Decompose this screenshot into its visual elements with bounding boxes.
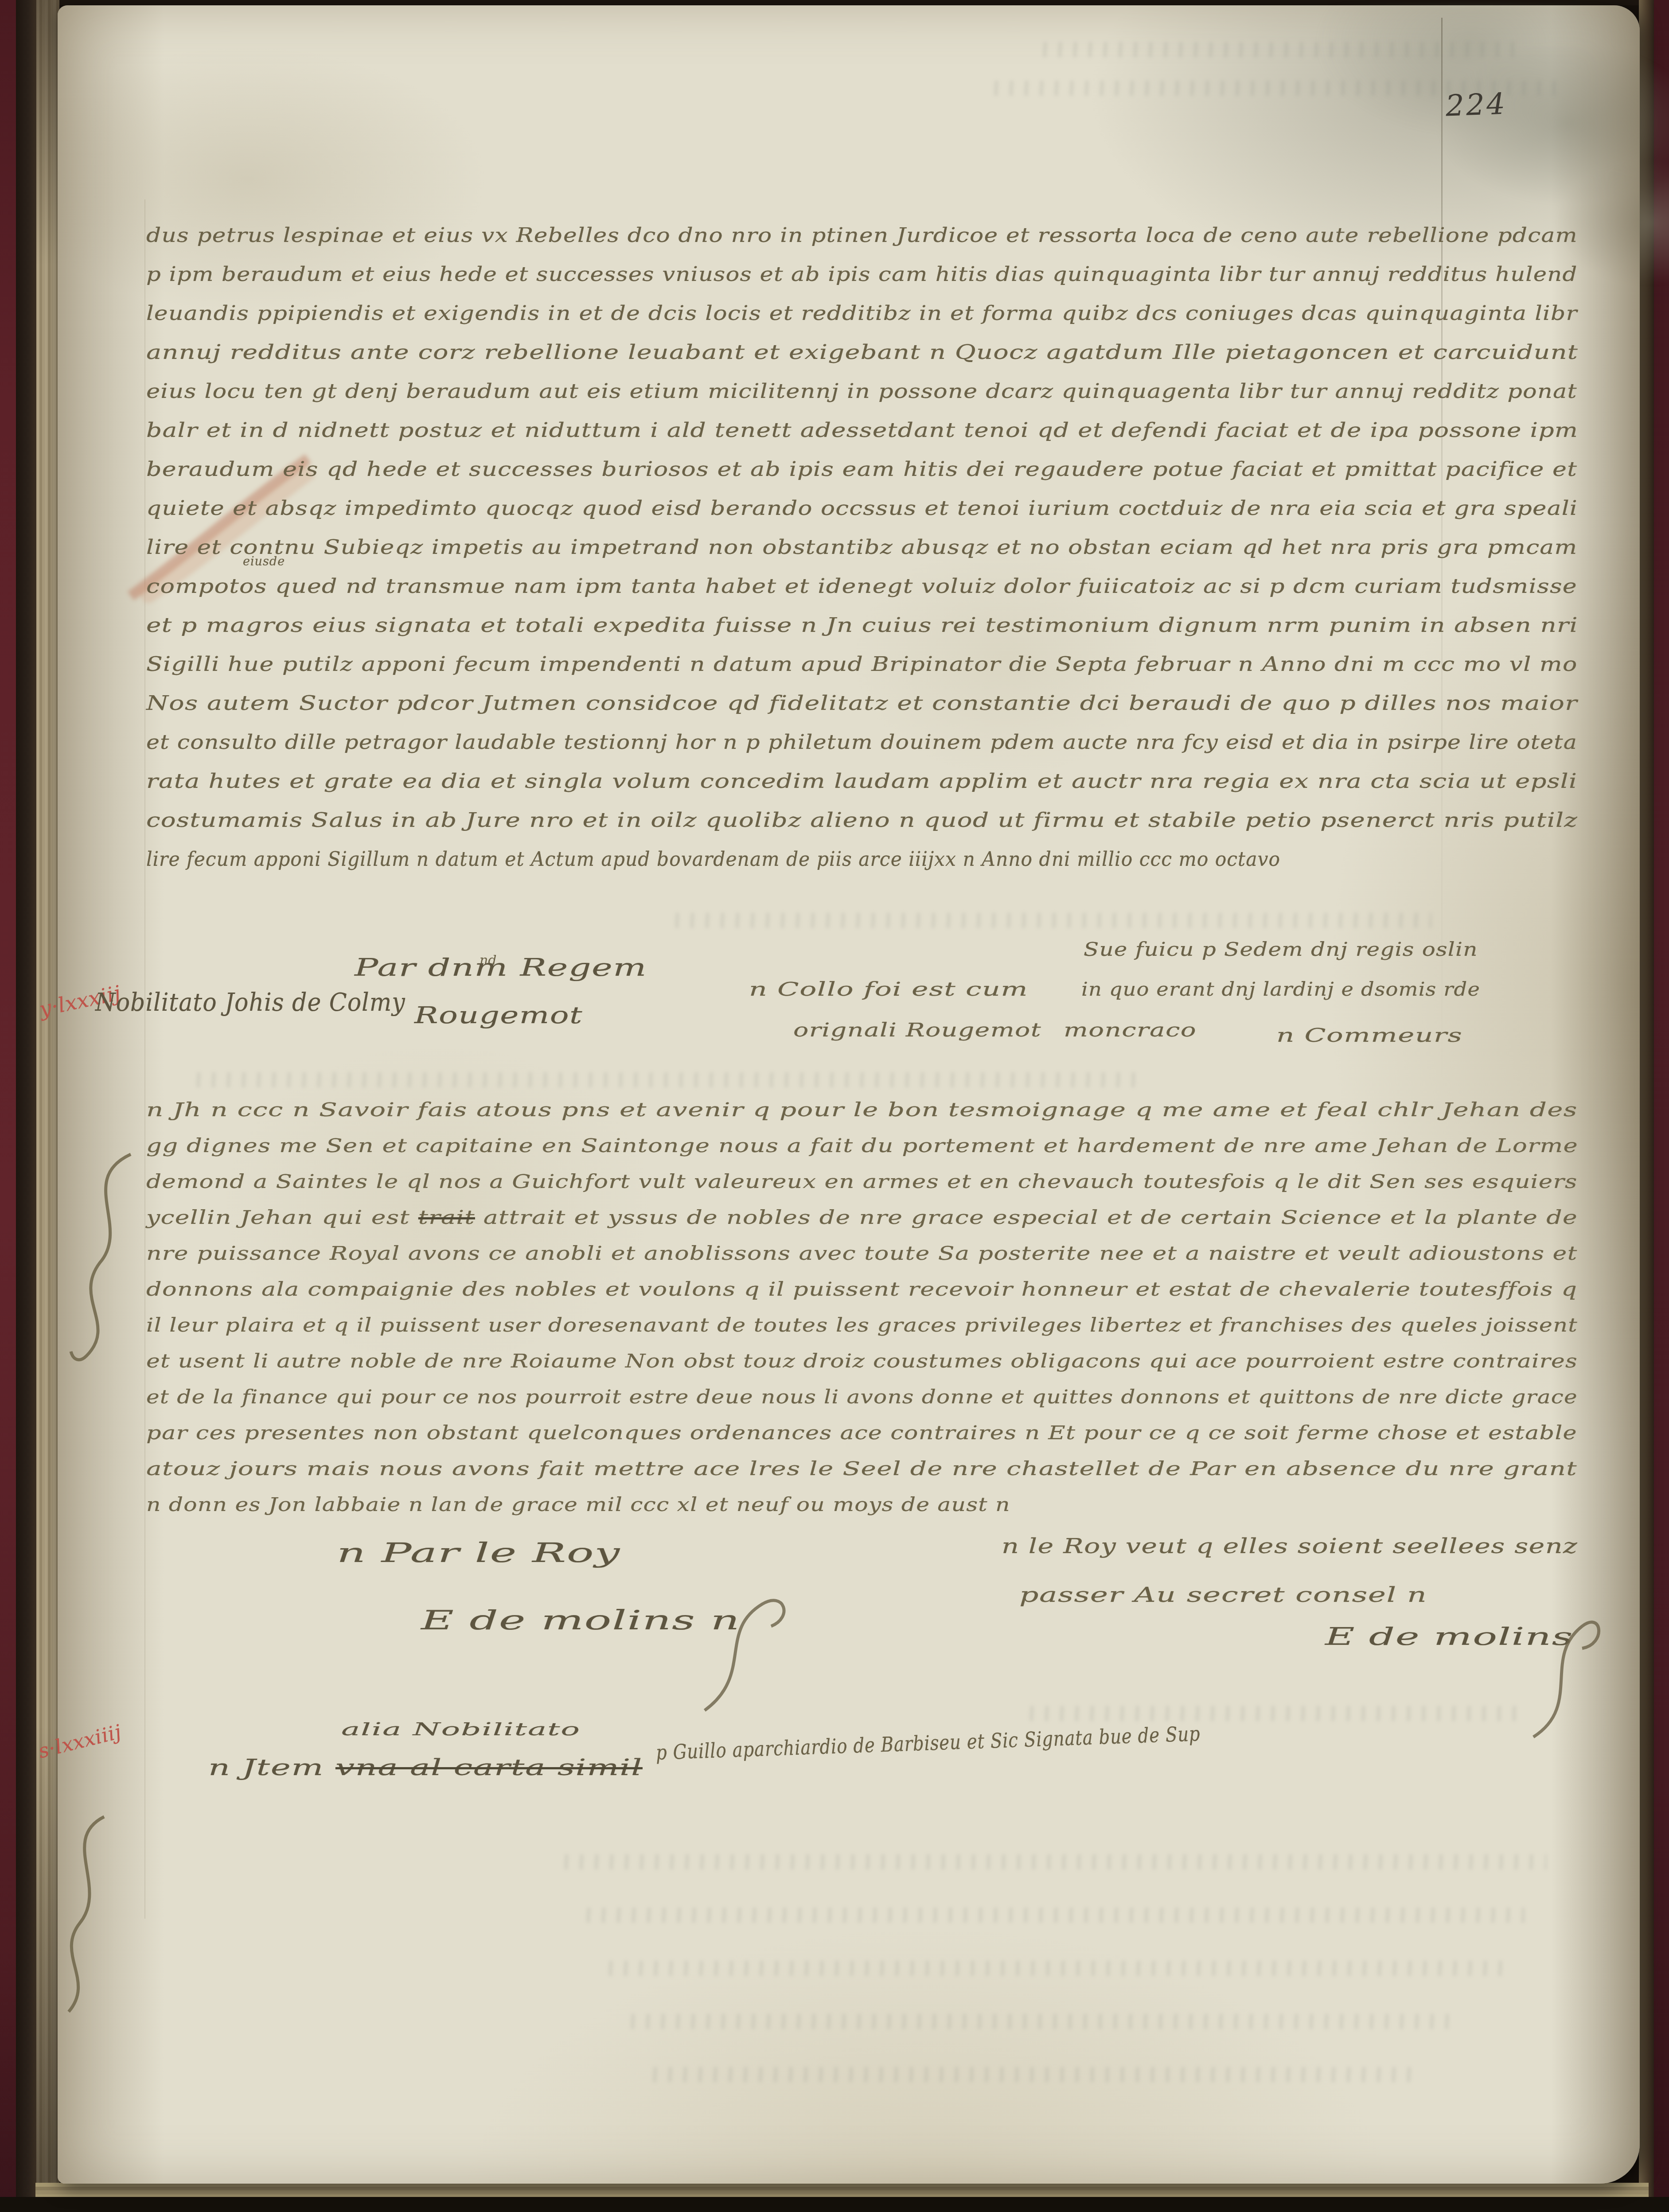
latin-line: et consulto dille petragor laudable test… — [146, 723, 1578, 762]
chancery-formula-right-2: passer Au secret consel n — [1019, 1583, 1427, 1607]
french-line: atouz jours mais nous avons fait mettre … — [146, 1451, 1578, 1487]
show-through — [558, 1854, 1547, 1869]
collation-right-line2: in quo erant dnj lardinj e dsomis rde — [1081, 978, 1480, 1000]
bottom-item-interline: alia Nobilitato — [341, 1719, 581, 1740]
latin-line: beraudum eis qd hede et successes burios… — [146, 450, 1578, 489]
act-heading-title: Nobilitato Johis de Colmy — [95, 988, 406, 1017]
show-through — [669, 913, 1431, 928]
latin-line: quiete et absqz impedimto quocqz quod ei… — [146, 489, 1578, 528]
bottom-item-lead: n Jtem vna al carta simil — [208, 1755, 643, 1780]
french-line: gg dignes me Sen et capitaine en Sainton… — [146, 1128, 1578, 1164]
bottom-shadow — [0, 2197, 1669, 2212]
collation-right-line1: Sue fuicu p Sedem dnj regis oslin — [1084, 939, 1478, 960]
top-shadow-gap — [0, 0, 1669, 5]
paraph-flourish — [60, 1148, 144, 1369]
latin-line: costumamis Salus in ab Jure nro et in oi… — [146, 801, 1578, 840]
page-edges-bottom — [35, 2183, 1649, 2198]
latin-line: Nos autem Suctor pdcor Jutmen considcoe … — [146, 684, 1578, 723]
french-line-with-strikeout: ycellin Jehan qui est trait attrait et y… — [146, 1200, 1578, 1236]
binding-leather-right — [1654, 0, 1669, 2212]
latin-line: lire fecum apponi Sigillum n datum et Ac… — [146, 840, 1281, 879]
french-line: par ces presentes non obstant quelconque… — [146, 1415, 1578, 1451]
struck-word: trait — [418, 1207, 475, 1229]
latin-line: leuandis ppipiendis et exigendis in et d… — [146, 294, 1578, 333]
manuscript-scan: { "page": { "folio_number": "224" }, "co… — [0, 0, 1669, 2212]
french-line: n donn es Jon labbaie n lan de grace mil… — [146, 1487, 1010, 1523]
show-through — [1024, 1706, 1520, 1721]
french-line: demond a Saintes le ql nos a Guichfort v… — [146, 1164, 1578, 1200]
show-through — [625, 2014, 1458, 2029]
page-edges-right — [1639, 0, 1654, 2212]
collation-left-line1: n Collo foi est cum — [749, 978, 1028, 1000]
latin-line: et p magros eius signata et totali exped… — [146, 606, 1578, 645]
latin-line: annuj redditus ante corz rebellione leua… — [146, 333, 1578, 372]
signature-flourish — [1516, 1595, 1613, 1746]
french-line: et de la finance qui pour ce nos pourroi… — [146, 1379, 1578, 1415]
french-line: donnons ala compaignie des nobles et vou… — [146, 1272, 1578, 1308]
show-through — [1037, 42, 1516, 57]
collation-left-line2: orignali Rougemot — [793, 1019, 1041, 1041]
authorization-note: Par dnm Regem — [355, 954, 647, 981]
french-line-part: ycellin Jehan qui est — [146, 1207, 418, 1229]
show-through — [191, 1072, 1143, 1087]
latin-line: rata hutes et grate ea dia et singla vol… — [146, 762, 1578, 801]
gutter-shadow — [16, 0, 36, 2212]
french-line: n Jh n ccc n Savoir fais atous pns et av… — [146, 1092, 1578, 1128]
latin-interline-insert: eiusde — [243, 555, 285, 569]
signature-flourish — [691, 1577, 807, 1719]
binding-leather-left — [0, 0, 16, 2212]
latin-line: p ipm beraudum et eius hede et successes… — [146, 255, 1578, 294]
latin-line: eius locu ten gt denj beraudum aut eis e… — [146, 372, 1578, 411]
latin-line: lire et contnu Subieqz impetis au impetr… — [146, 528, 1578, 567]
clerk-signature: Rougemot — [414, 1002, 583, 1029]
item-word: n Jtem — [208, 1755, 335, 1780]
struck-phrase: vna al carta simil — [335, 1755, 643, 1780]
paraph-flourish — [47, 1812, 117, 2021]
french-act-block: n Jh n ccc n Savoir fais atous pns et av… — [146, 1092, 1578, 1523]
latin-act-block: dus petrus lespinae et eius vx Rebelles … — [146, 216, 1578, 879]
folio-number: 224 — [1445, 87, 1508, 123]
latin-line: Sigilli hue putilz apponi fecum impenden… — [146, 645, 1578, 684]
latin-line: dus petrus lespinae et eius vx Rebelles … — [146, 216, 1578, 255]
latin-line: compotos qued nd transmue nam ipm tanta … — [146, 567, 1578, 606]
french-line: il leur plaira et q il puissent user dor… — [146, 1308, 1578, 1344]
collation-right-line3a: moncraco — [1064, 1019, 1197, 1041]
show-through — [603, 1961, 1502, 1976]
french-line: nre puissance Royal avons ce anobli et a… — [146, 1236, 1578, 1272]
show-through — [647, 2067, 1414, 2082]
latin-line: balr et in d nidnett postuz et niduttum … — [146, 411, 1578, 450]
french-line-part: attrait et yssus de nobles de nre grace … — [475, 1207, 1578, 1229]
collation-right-line3b: n Commeurs — [1276, 1024, 1462, 1046]
show-through — [581, 1908, 1525, 1923]
chancery-formula-left-1: n Par le Roy — [337, 1538, 620, 1569]
french-line: et usent li autre noble de nre Roiaume N… — [146, 1344, 1578, 1379]
chancery-formula-right-1: n le Roy veut q elles soient seellees se… — [1002, 1534, 1578, 1558]
